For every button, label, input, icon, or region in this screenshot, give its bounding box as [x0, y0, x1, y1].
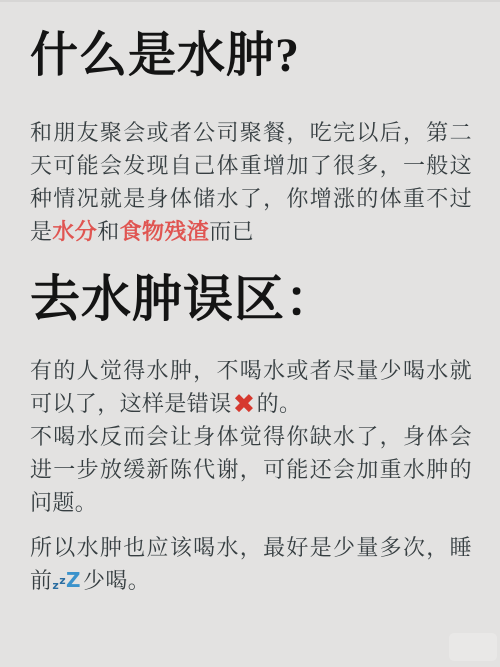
- cross-mark-icon: ✖: [232, 389, 257, 420]
- myth-text-normal-2: 的。: [257, 391, 302, 416]
- sleep-z-small-2: z: [59, 574, 66, 587]
- advice-text-normal-2: 少喝。: [83, 568, 150, 593]
- edema-text-highlight-food-residue: 食物残渣: [120, 219, 210, 244]
- edema-text-normal-2: 和: [97, 219, 119, 244]
- sleep-zzz-icon: zzZ: [52, 569, 83, 594]
- removed-watermark-patch: [449, 633, 497, 661]
- poster-content: 什么是水肿? 和朋友聚会或者公司聚餐，吃完以后，第二天可能会发现自己体重增加了很…: [0, 2, 500, 602]
- sleep-z-large: Z: [66, 568, 81, 592]
- edema-text-normal-3: 而已: [209, 219, 254, 244]
- paragraph-myth-and-explanation: 有的人觉得水肿，不喝水或者尽量少喝水就可以了，这样是错误✖的。不喝水反而会让身体…: [30, 354, 472, 519]
- myth-explanation-text: 不喝水反而会让身体觉得你缺水了，身体会进一步放缓新陈代谢，可能还会加重水肿的问题…: [30, 420, 472, 519]
- paragraph-edema-explanation: 和朋友聚会或者公司聚餐，吃完以后，第二天可能会发现自己体重增加了很多，一般这种情…: [30, 116, 472, 248]
- edema-info-poster: 什么是水肿? 和朋友聚会或者公司聚餐，吃完以后，第二天可能会发现自己体重增加了很…: [0, 0, 500, 667]
- heading-what-is-edema: 什么是水肿?: [30, 26, 472, 86]
- heading-edema-myths: 去水肿误区：: [30, 268, 472, 330]
- edema-text-highlight-water: 水分: [52, 219, 97, 244]
- paragraph-advice: 所以水肿也应该喝水，最好是少量多次，睡前zzZ少喝。: [30, 531, 472, 602]
